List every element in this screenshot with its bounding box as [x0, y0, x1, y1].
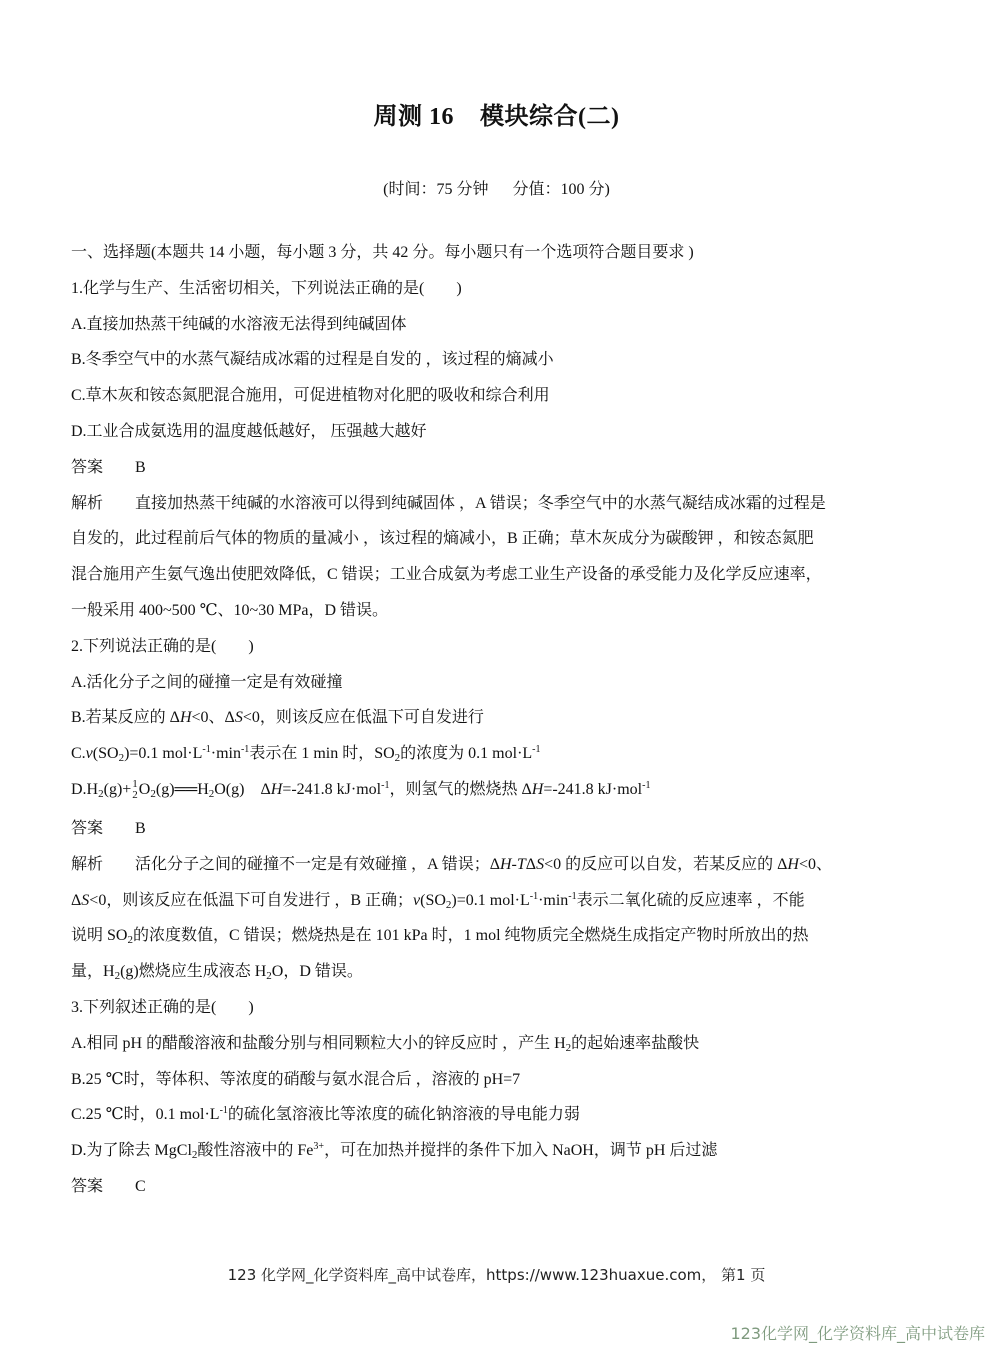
text: 酸性溶液中的 Fe [197, 1142, 313, 1159]
question-2-analysis-line-3: 说明 SO2的浓度数值，C 错误；燃烧热是在 101 kPa 时，1 mol 纯… [71, 924, 936, 960]
text: D.为了除去 MgCl [71, 1142, 192, 1159]
text: O，D 错误。 [272, 963, 363, 980]
answer-label: 答案 [71, 1178, 103, 1195]
var-h: H [271, 781, 283, 798]
question-1-analysis-line-2: 自发的，此过程前后气体的物质的量减小 ，该过程的熵减小，B 正确；草木灰成分为碳… [71, 527, 936, 563]
question-2-stem: 2.下列说法正确的是( ) [71, 635, 936, 671]
text: (SO [420, 892, 446, 909]
text: (SO [93, 745, 119, 762]
question-1-answer: 答案B [71, 456, 936, 492]
watermark: 123化学网_化学资料库_高中试卷库 [730, 1321, 985, 1344]
exam-score: 分值：100 分) [513, 181, 610, 198]
section-heading: 一、选择题(本题共 14 小题，每小题 3 分，共 42 分。每小题只有一个选项… [71, 241, 936, 277]
text: ，则氢气的燃烧热 Δ [389, 781, 531, 798]
answer-value: B [135, 459, 146, 476]
question-2-answer: 答案B [71, 817, 936, 853]
denominator: 2 [132, 790, 138, 801]
text: O [139, 781, 151, 798]
superscript: -1 [220, 1105, 228, 1116]
page-footer: 123 化学网_化学资料库_高中试卷库，https://www.123huaxu… [0, 1264, 993, 1285]
question-3-option-d: D.为了除去 MgCl2酸性溶液中的 Fe3+，可在加热并搅拌的条件下加入 Na… [71, 1139, 936, 1175]
question-3-option-b: B.25 ℃时，等体积、等浓度的硝酸与氨水混合后 ，溶液的 pH=7 [71, 1068, 936, 1104]
question-2-option-d: D.H2(g)+12O2(g)══H2O(g) ΔH=-241.8 kJ·mol… [71, 778, 936, 817]
var-h: H [180, 709, 192, 726]
question-1-option-d: D.工业合成氨选用的温度越低越好， 压强越大越好 [71, 420, 936, 456]
text: 的浓度数值，C 错误；燃烧热是在 101 kPa 时，1 mol 纯物质完全燃烧… [133, 927, 809, 944]
question-2-option-a: A.活化分子之间的碰撞一定是有效碰撞 [71, 671, 936, 707]
question-2-option-c: C.v(SO2)=0.1 mol·L-1·min-1表示在 1 min 时，SO… [71, 742, 936, 778]
text: )=0.1 mol·L [451, 892, 529, 909]
text: <0、 [799, 856, 832, 873]
answer-label: 答案 [71, 820, 103, 837]
exam-content: 一、选择题(本题共 14 小题，每小题 3 分，共 42 分。每小题只有一个选项… [71, 241, 936, 1211]
text: 的浓度为 0.1 mol·L [400, 745, 532, 762]
text: C.25 ℃时，0.1 mol·L [71, 1106, 220, 1123]
var-s: S [235, 709, 243, 726]
text: A.相同 pH 的醋酸溶液和盐酸分别与相同颗粒大小的锌反应时 ，产生 H [71, 1035, 566, 1052]
exam-meta: (时间：75 分钟分值：100 分) [0, 176, 993, 199]
text: ，可在加热并搅拌的条件下加入 NaOH，调节 pH 后过滤 [324, 1142, 717, 1159]
question-2-option-b: B.若某反应的 ΔH<0、ΔS<0，则该反应在低温下可自发进行 [71, 706, 936, 742]
question-1-option-c: C.草木灰和铵态氮肥混合施用，可促进植物对化肥的吸收和综合利用 [71, 384, 936, 420]
text: ·min [211, 745, 241, 762]
text: Δ [71, 892, 81, 909]
exam-time: (时间：75 分钟 [383, 181, 488, 198]
superscript: -1 [202, 744, 210, 755]
question-3-answer: 答案C [71, 1175, 936, 1211]
text: <0 的反应可以自发，若某反应的 Δ [544, 856, 787, 873]
text: (g)+ [104, 781, 132, 798]
question-1-analysis-line-4: 一般采用 400~500 ℃、10~30 MPa，D 错误。 [71, 599, 936, 635]
question-1-option-b: B.冬季空气中的水蒸气凝结成冰霜的过程是自发的 ，该过程的熵减小 [71, 348, 936, 384]
text: 表示在 1 min 时，SO [249, 745, 394, 762]
title-module: 模块综合(二) [480, 104, 619, 130]
question-2-analysis-line-1: 解析活化分子之间的碰撞不一定是有效碰撞 ，A 错误；ΔH-TΔS<0 的反应可以… [71, 853, 936, 889]
text: 量，H [71, 963, 115, 980]
text: ·min [538, 892, 568, 909]
text: Δ [526, 856, 536, 873]
question-2-analysis-line-2: ΔS<0，则该反应在低温下可自发进行 ，B 正确；v(SO2)=0.1 mol·… [71, 889, 936, 925]
text: )=0.1 mol·L [124, 745, 202, 762]
superscript: -1 [532, 744, 540, 755]
var-h: H [500, 856, 512, 873]
analysis-text: 直接加热蒸干纯碱的水溶液可以得到纯碱固体 ，A 错误；冬季空气中的水蒸气凝结成冰… [135, 495, 826, 512]
text: 说明 SO [71, 927, 127, 944]
question-3-stem: 3.下列叙述正确的是( ) [71, 996, 936, 1032]
text: =-241.8 kJ·mol [543, 781, 642, 798]
text: 的硫化氢溶液比等浓度的硫化钠溶液的导电能力弱 [228, 1106, 580, 1123]
text: <0，则该反应在低温下可自发进行 ，B 正确； [89, 892, 413, 909]
text: 的起始速率盐酸快 [571, 1035, 699, 1052]
text: B.若某反应的 Δ [71, 709, 180, 726]
text: 表示二氧化硫的反应速率 ，不能 [577, 892, 805, 909]
analysis-label: 解析 [71, 495, 103, 512]
question-1-analysis-line-1: 解析直接加热蒸干纯碱的水溶液可以得到纯碱固体 ，A 错误；冬季空气中的水蒸气凝结… [71, 492, 936, 528]
question-1-option-a: A.直接加热蒸干纯碱的水溶液无法得到纯碱固体 [71, 313, 936, 349]
text: D.H [71, 781, 98, 798]
text: (g)燃烧应生成液态 H [120, 963, 266, 980]
var-v: v [86, 745, 93, 762]
page-title: 周测 16模块综合(二) [0, 96, 993, 131]
question-2-analysis-line-4: 量，H2(g)燃烧应生成液态 H2O，D 错误。 [71, 960, 936, 996]
var-s: S [536, 856, 544, 873]
question-3-option-c: C.25 ℃时，0.1 mol·L-1的硫化氢溶液比等浓度的硫化钠溶液的导电能力… [71, 1103, 936, 1139]
text: <0，则该反应在低温下可自发进行 [243, 709, 484, 726]
superscript: -1 [642, 780, 650, 791]
text: <0、Δ [192, 709, 235, 726]
superscript: 3+ [313, 1141, 324, 1152]
answer-value: B [135, 820, 146, 837]
question-1-stem: 1.化学与生产、生活密切相关，下列说法正确的是( ) [71, 277, 936, 313]
text: (g)══H [156, 781, 209, 798]
fraction-half: 12 [132, 779, 138, 801]
text: O(g) Δ [214, 781, 271, 798]
text: 活化分子之间的碰撞不一定是有效碰撞 ，A 错误；Δ [135, 856, 500, 873]
text: =-241.8 kJ·mol [282, 781, 381, 798]
analysis-label: 解析 [71, 856, 103, 873]
question-1-analysis-line-3: 混合施用产生氨气逸出使肥效降低，C 错误；工业合成氨为考虑工业生产设备的承受能力… [71, 563, 936, 599]
answer-label: 答案 [71, 459, 103, 476]
var-h: H [787, 856, 799, 873]
question-3-option-a: A.相同 pH 的醋酸溶液和盐酸分别与相同颗粒大小的锌反应时 ，产生 H2的起始… [71, 1032, 936, 1068]
title-week: 周测 16 [374, 104, 455, 130]
var-h: H [532, 781, 544, 798]
superscript: -1 [568, 891, 576, 902]
text: C. [71, 745, 86, 762]
superscript: -1 [530, 891, 538, 902]
var-t: T [517, 856, 526, 873]
answer-value: C [135, 1178, 146, 1195]
